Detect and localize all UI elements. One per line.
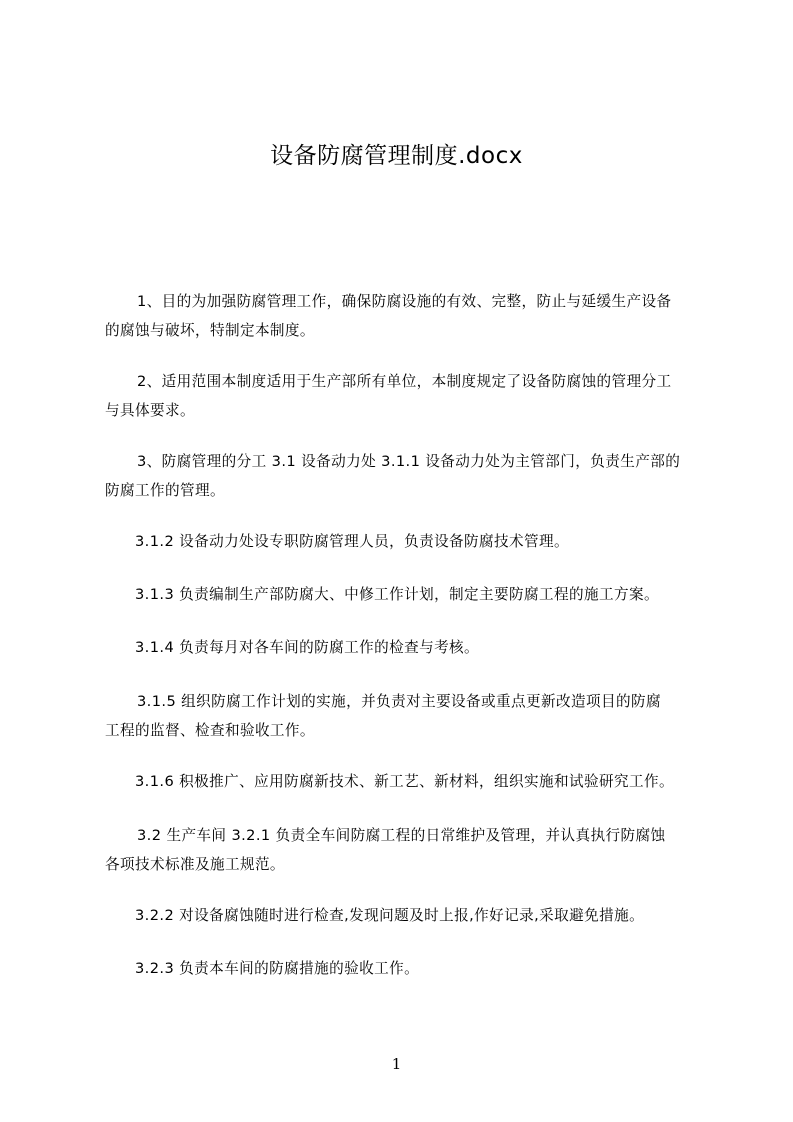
paragraph-3-2-2: 3.2.2 对设备腐蚀随时进行检查,发现问题及时上报,作好记录,采取避免措施。 [105,901,700,930]
paragraph-3-1-3: 3.1.3 负责编制生产部防腐大、中修工作计划，制定主要防腐工程的施工方案。 [105,580,700,609]
paragraph-line: 3、防腐管理的分工 3.1 设备动力处 3.1.1 设备动力处为主管部门，负责生… [105,447,700,476]
paragraph-3-1-5: 3.1.5 组织防腐工作计划的实施，并负责对主要设备或重点更新改造项目的防腐 工… [105,687,700,745]
paragraph-line: 2、适用范围本制度适用于生产部所有单位，本制度规定了设备防腐蚀的管理分工 [105,367,700,396]
paragraph-3-2-3: 3.2.3 负责本车间的防腐措施的验收工作。 [105,954,700,983]
paragraph-line: 的腐蚀与破坏，特制定本制度。 [105,316,700,345]
paragraph-3-2: 3.2 生产车间 3.2.1 负责全车间防腐工程的日常维护及管理，并认真执行防腐… [105,821,700,879]
paragraph-3-1-2: 3.1.2 设备动力处设专职防腐管理人员，负责设备防腐技术管理。 [105,527,700,556]
paragraph-line: 与具体要求。 [105,396,700,425]
document-title: 设备防腐管理制度.docx [0,140,793,172]
paragraph-line: 工程的监督、检查和验收工作。 [105,716,700,745]
paragraph-scope: 2、适用范围本制度适用于生产部所有单位，本制度规定了设备防腐蚀的管理分工 与具体… [105,367,700,425]
paragraph-line: 3.2.2 对设备腐蚀随时进行检查,发现问题及时上报,作好记录,采取避免措施。 [105,901,700,930]
paragraph-line: 3.1.2 设备动力处设专职防腐管理人员，负责设备防腐技术管理。 [105,527,700,556]
paragraph-purpose: 1、目的为加强防腐管理工作，确保防腐设施的有效、完整，防止与延缓生产设备 的腐蚀… [105,287,700,345]
paragraph-3-1-4: 3.1.4 负责每月对各车间的防腐工作的检查与考核。 [105,633,700,662]
paragraph-line: 各项技术标准及施工规范。 [105,850,700,879]
paragraph-3-1-6: 3.1.6 积极推广、应用防腐新技术、新工艺、新材料，组织实施和试验研究工作。 [105,767,700,796]
paragraph-division: 3、防腐管理的分工 3.1 设备动力处 3.1.1 设备动力处为主管部门，负责生… [105,447,700,505]
paragraph-line: 3.2 生产车间 3.2.1 负责全车间防腐工程的日常维护及管理，并认真执行防腐… [105,821,700,850]
paragraph-line: 3.1.5 组织防腐工作计划的实施，并负责对主要设备或重点更新改造项目的防腐 [105,687,700,716]
page-number: 1 [0,1055,793,1073]
paragraph-line: 3.2.3 负责本车间的防腐措施的验收工作。 [105,954,700,983]
paragraph-line: 3.1.3 负责编制生产部防腐大、中修工作计划，制定主要防腐工程的施工方案。 [105,580,700,609]
paragraph-line: 3.1.6 积极推广、应用防腐新技术、新工艺、新材料，组织实施和试验研究工作。 [105,767,700,796]
paragraph-line: 1、目的为加强防腐管理工作，确保防腐设施的有效、完整，防止与延缓生产设备 [105,287,700,316]
paragraph-line: 防腐工作的管理。 [105,476,700,505]
paragraph-line: 3.1.4 负责每月对各车间的防腐工作的检查与考核。 [105,633,700,662]
